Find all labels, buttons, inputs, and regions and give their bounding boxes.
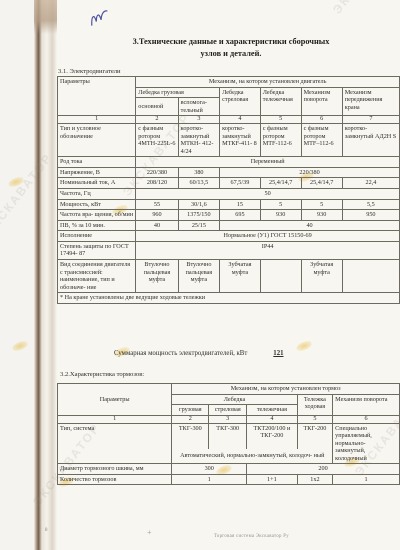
table-cell: вспомога- тельный — [178, 98, 219, 116]
table-cell: Мощность, кВт — [58, 199, 136, 210]
table-cell: Лебедка грузовая — [136, 87, 220, 98]
scan-artifact-center: + — [147, 528, 152, 537]
total-power-line: Суммарная мощность электродвигателей, кВ… — [114, 350, 284, 357]
table-row: Тип, системаТКГ-300ТКГ-300ТКТ200/100 и Т… — [58, 423, 400, 449]
table-cell: 1+1 — [247, 474, 298, 485]
table-cell: 1375/150 — [178, 210, 219, 221]
table-cell: 50 — [136, 189, 400, 200]
table-row: ИсполнениеНормальное (У1) ГОСТ 15150-69 — [58, 231, 400, 242]
table-cell: Напряжение, В — [58, 167, 136, 178]
table-cell: 695 — [220, 210, 261, 221]
total-power-value: 121 — [273, 350, 283, 357]
brakes-table: ПараметрыМеханизм, на котором установлен… — [57, 383, 400, 485]
table-row: Частота, Гц50 — [58, 189, 400, 200]
table-cell: Втулочно пальцевая муфта — [136, 259, 178, 292]
table-row: Мощность, кВт5530/1,615555,5 — [58, 199, 400, 210]
footer-watermark-note: Торговая система Экскаватор Ру — [214, 534, 289, 539]
table-cell: 25,4/14,7 — [301, 178, 342, 189]
table-cell: 960 — [136, 210, 178, 221]
table-cell: Вид соединения двигателя с трансмиссией:… — [58, 259, 136, 292]
table-cell: 220/380 — [136, 167, 178, 178]
table-cell: 1x2 — [297, 474, 332, 485]
total-power-label: Суммарная мощность электродвигателей, кВ… — [114, 350, 247, 357]
table-cell: Исполнение — [58, 231, 136, 242]
brakes: ПараметрыМеханизм, на котором установлен… — [57, 383, 400, 485]
table-cell: Род тока — [58, 157, 136, 168]
table-cell: 4 — [247, 415, 298, 423]
page-title: 3.Технические данные и характеристики сб… — [72, 36, 390, 61]
table-cell: с фазным ротором МТF-112-6 — [260, 124, 301, 157]
table-cell: с фазным ротором МТF–112-6 — [301, 124, 342, 157]
table-cell: Нормальное (У1) ГОСТ 15150-69 — [136, 231, 400, 242]
table-cell: Втулочно пальцевая муфта — [178, 259, 219, 292]
table-cell: 1 — [172, 474, 247, 485]
table-cell: Частота вра- щения, об/мин — [58, 210, 136, 221]
table-cell: 300 — [172, 464, 247, 475]
table-cell: 4 — [220, 116, 261, 124]
table-cell: Механизм поворота — [333, 394, 400, 415]
table-cell: 5,5 — [342, 199, 399, 210]
table-cell: 208/120 — [136, 178, 178, 189]
table-row: Вид соединения двигателя с трансмиссией:… — [58, 259, 400, 292]
table-cell: ПВ, % за 10 мин. — [58, 220, 136, 231]
table-cell: 55 — [136, 199, 178, 210]
table-row: * На кране установлены две ведущие ходов… — [58, 293, 400, 304]
table-cell: 1 — [58, 116, 136, 124]
table-row: ПараметрыМеханизм, на котором установлен… — [58, 77, 400, 88]
table-row: Напряжение, В220/380380220/380 — [58, 167, 400, 178]
table-cell: Лебедка стреловая — [220, 87, 261, 116]
motors-table: ПараметрыМеханизм, на котором установлен… — [57, 76, 400, 304]
table-cell: коротко- замкнутый МТКF-411- 8 — [220, 124, 261, 157]
footnote-cell: * На кране установлены две ведущие ходов… — [58, 293, 400, 304]
table-cell — [342, 259, 399, 292]
table-row: Количество тормозов11+11x21 — [58, 474, 400, 485]
table-cell: 1 — [333, 474, 400, 485]
table-cell: 930 — [260, 210, 301, 221]
table-cell: коротко- замкнутый МТКН- 412-4/24 — [178, 124, 219, 157]
table-cell: с фазным ротором 4МТН-225L-6 — [136, 124, 178, 157]
page-title-line-2: узлов и деталей. — [72, 48, 390, 60]
table-cell: Диаметр тормозного шкива, мм — [58, 464, 172, 475]
table-cell: Тележка ходовая — [297, 394, 332, 415]
param-header: Параметры — [58, 77, 136, 116]
table-cell: 25,4/14,7 — [260, 178, 301, 189]
table-cell: Частота, Гц — [58, 189, 136, 200]
table-cell: Тип, система — [58, 423, 172, 464]
table-row: 123456 — [58, 415, 400, 423]
table-row: Номинальный ток, А208/12060/13,567,5/392… — [58, 178, 400, 189]
table-cell — [260, 259, 301, 292]
table-row: Тип и условное обозначениес фазным ротор… — [58, 124, 400, 157]
table-row: Частота вра- щения, об/мин9601375/150695… — [58, 210, 400, 221]
table-cell: ТКГ-300 — [172, 423, 209, 449]
table-cell: 22,4 — [342, 178, 399, 189]
table-row: ПараметрыМеханизм, на котором установлен… — [58, 384, 400, 395]
section-3-2-label: 3.2.Характеристика тормозов: — [60, 371, 144, 378]
table-cell: Степень защиты по ГОСТ 17494- 87 — [58, 241, 136, 259]
table-row: Диаметр тормозного шкива, мм300200 — [58, 464, 400, 475]
table-cell: Зубчатая муфта — [220, 259, 261, 292]
section-3-1-label: 3.1. Электродвигатели — [58, 68, 121, 75]
table-cell: 67,5/39 — [220, 178, 261, 189]
table-cell: 5 — [301, 199, 342, 210]
table-cell: 200 — [247, 464, 400, 475]
mechanism-header: Механизм, на котором установлен двигател… — [136, 77, 400, 88]
table-cell: Переменный — [136, 157, 400, 168]
table-cell: ТКТ200/100 и ТКГ-200 — [247, 423, 298, 449]
table-cell: тележечная — [247, 405, 298, 416]
table-cell: 2 — [172, 415, 209, 423]
table-cell: 2 — [136, 116, 178, 124]
table-cell: 220/380 — [220, 167, 400, 178]
table-cell: Автоматический, нормально-замкнутый, кол… — [172, 449, 333, 464]
table-cell: 40 — [136, 220, 178, 231]
table-cell: 6 — [301, 116, 342, 124]
table-cell: 5 — [260, 199, 301, 210]
table-cell: 380 — [178, 167, 219, 178]
table-cell: Лебедка — [172, 394, 297, 405]
table-cell: 5 — [297, 415, 332, 423]
table-cell: стреловая — [209, 405, 247, 416]
table-row: Степень защиты по ГОСТ 17494- 87IP44 — [58, 241, 400, 259]
book-spine-shadow — [34, 0, 57, 34]
table-cell: 40 — [220, 220, 400, 231]
table-cell: Тип и условное обозначение — [58, 124, 136, 157]
table-cell: 6 — [333, 415, 400, 423]
table-cell: 1 — [58, 415, 172, 423]
table-cell: Лебедка тележечная — [260, 87, 301, 116]
table-cell: Зубчатая муфта — [301, 259, 342, 292]
param-header: Параметры — [58, 384, 172, 416]
table-cell: 30/1,6 — [178, 199, 219, 210]
table-cell: ТКГ-200 — [297, 423, 332, 449]
table-cell: Номинальный ток, А — [58, 178, 136, 189]
table-cell: 3 — [178, 116, 219, 124]
table-row: ПВ, % за 10 мин.4025/1540 — [58, 220, 400, 231]
table-cell: грузовая — [172, 405, 209, 416]
table-cell: Специально управляемый, нормально- замкн… — [333, 423, 400, 464]
book-spine-edge — [34, 0, 57, 550]
table-cell: 5 — [260, 116, 301, 124]
table-cell: 930 — [301, 210, 342, 221]
scanned-document-page: ЭКСКАВАТОР ЭКСКАВАТОР ЭКСКАВАТОР ЭКСКАВА… — [0, 0, 400, 550]
page-title-line-1: 3.Технические данные и характеристики сб… — [72, 36, 390, 48]
table-cell: 60/13,5 — [178, 178, 219, 189]
scan-left-margin — [0, 0, 34, 550]
table-row: Род токаПеременный — [58, 157, 400, 168]
table-cell: 25/15 — [178, 220, 219, 231]
table-cell: коротко- замкнутый АД2Н S — [342, 124, 399, 157]
table-cell: 15 — [220, 199, 261, 210]
motors: ПараметрыМеханизм, на котором установлен… — [57, 76, 400, 304]
table-cell: Механизм поворота — [301, 87, 342, 116]
table-cell: ТКГ-300 — [209, 423, 247, 449]
table-cell: IP44 — [136, 241, 400, 259]
handwritten-pen-mark — [87, 6, 114, 31]
scan-artifact-left: 8 — [45, 528, 48, 533]
table-cell: 7 — [342, 116, 399, 124]
table-cell: 3 — [209, 415, 247, 423]
table-row: 1234567 — [58, 116, 400, 124]
table-cell: Механизм передвижения крана — [342, 87, 399, 116]
table-cell: 950 — [342, 210, 399, 221]
table-cell: Количество тормозов — [58, 474, 172, 485]
mechanism-header: Механизм, на котором установлен тормоз — [172, 384, 400, 395]
table-cell: основной — [136, 98, 178, 116]
